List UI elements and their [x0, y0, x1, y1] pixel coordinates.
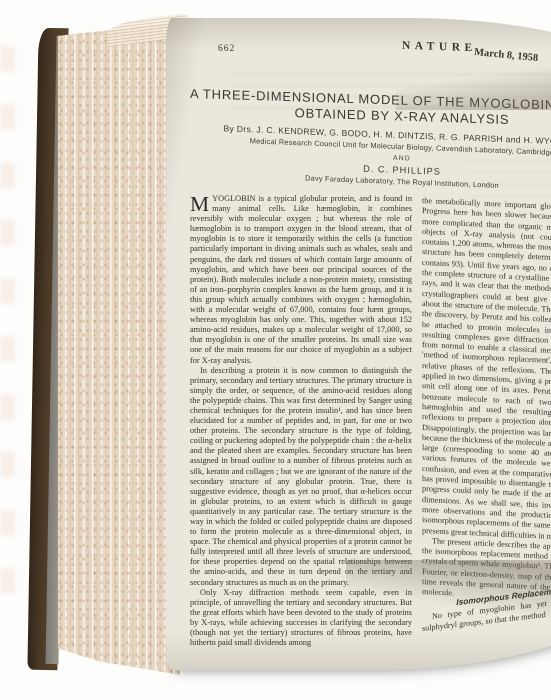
book-fore-edge-pages	[56, 20, 182, 680]
issue-date: March 8, 1958	[474, 47, 539, 64]
paragraph-text: YOGLOBIN is a typical globular protein, …	[190, 194, 412, 365]
authors-block: By Drs. J. C. KENDREW, G. BODO, H. M. DI…	[190, 122, 551, 194]
paragraph-structures: In describing a protein it is now common…	[190, 366, 412, 588]
right-column: the metabolically more important globula…	[422, 196, 551, 644]
left-column: MYOGLOBIN is a typical globular protein,…	[190, 194, 412, 648]
drop-cap: M	[190, 194, 212, 214]
page-number: 662	[218, 44, 235, 54]
paragraph-myoglobin-intro: MYOGLOBIN is a typical globular protein,…	[190, 194, 412, 366]
photo-of-open-book: 662 NATURE March 8, 1958 Vol. A THREE-DI…	[0, 0, 551, 700]
open-page: 662 NATURE March 8, 1958 Vol. A THREE-DI…	[166, 18, 551, 670]
paragraph-globular-proteins: the metabolically more important globula…	[422, 196, 551, 546]
journal-name: NATURE	[402, 40, 477, 55]
blurred-page-edges	[0, 46, 15, 606]
paragraph-xray-methods: Only X-ray diffraction methods seem capa…	[190, 588, 412, 649]
